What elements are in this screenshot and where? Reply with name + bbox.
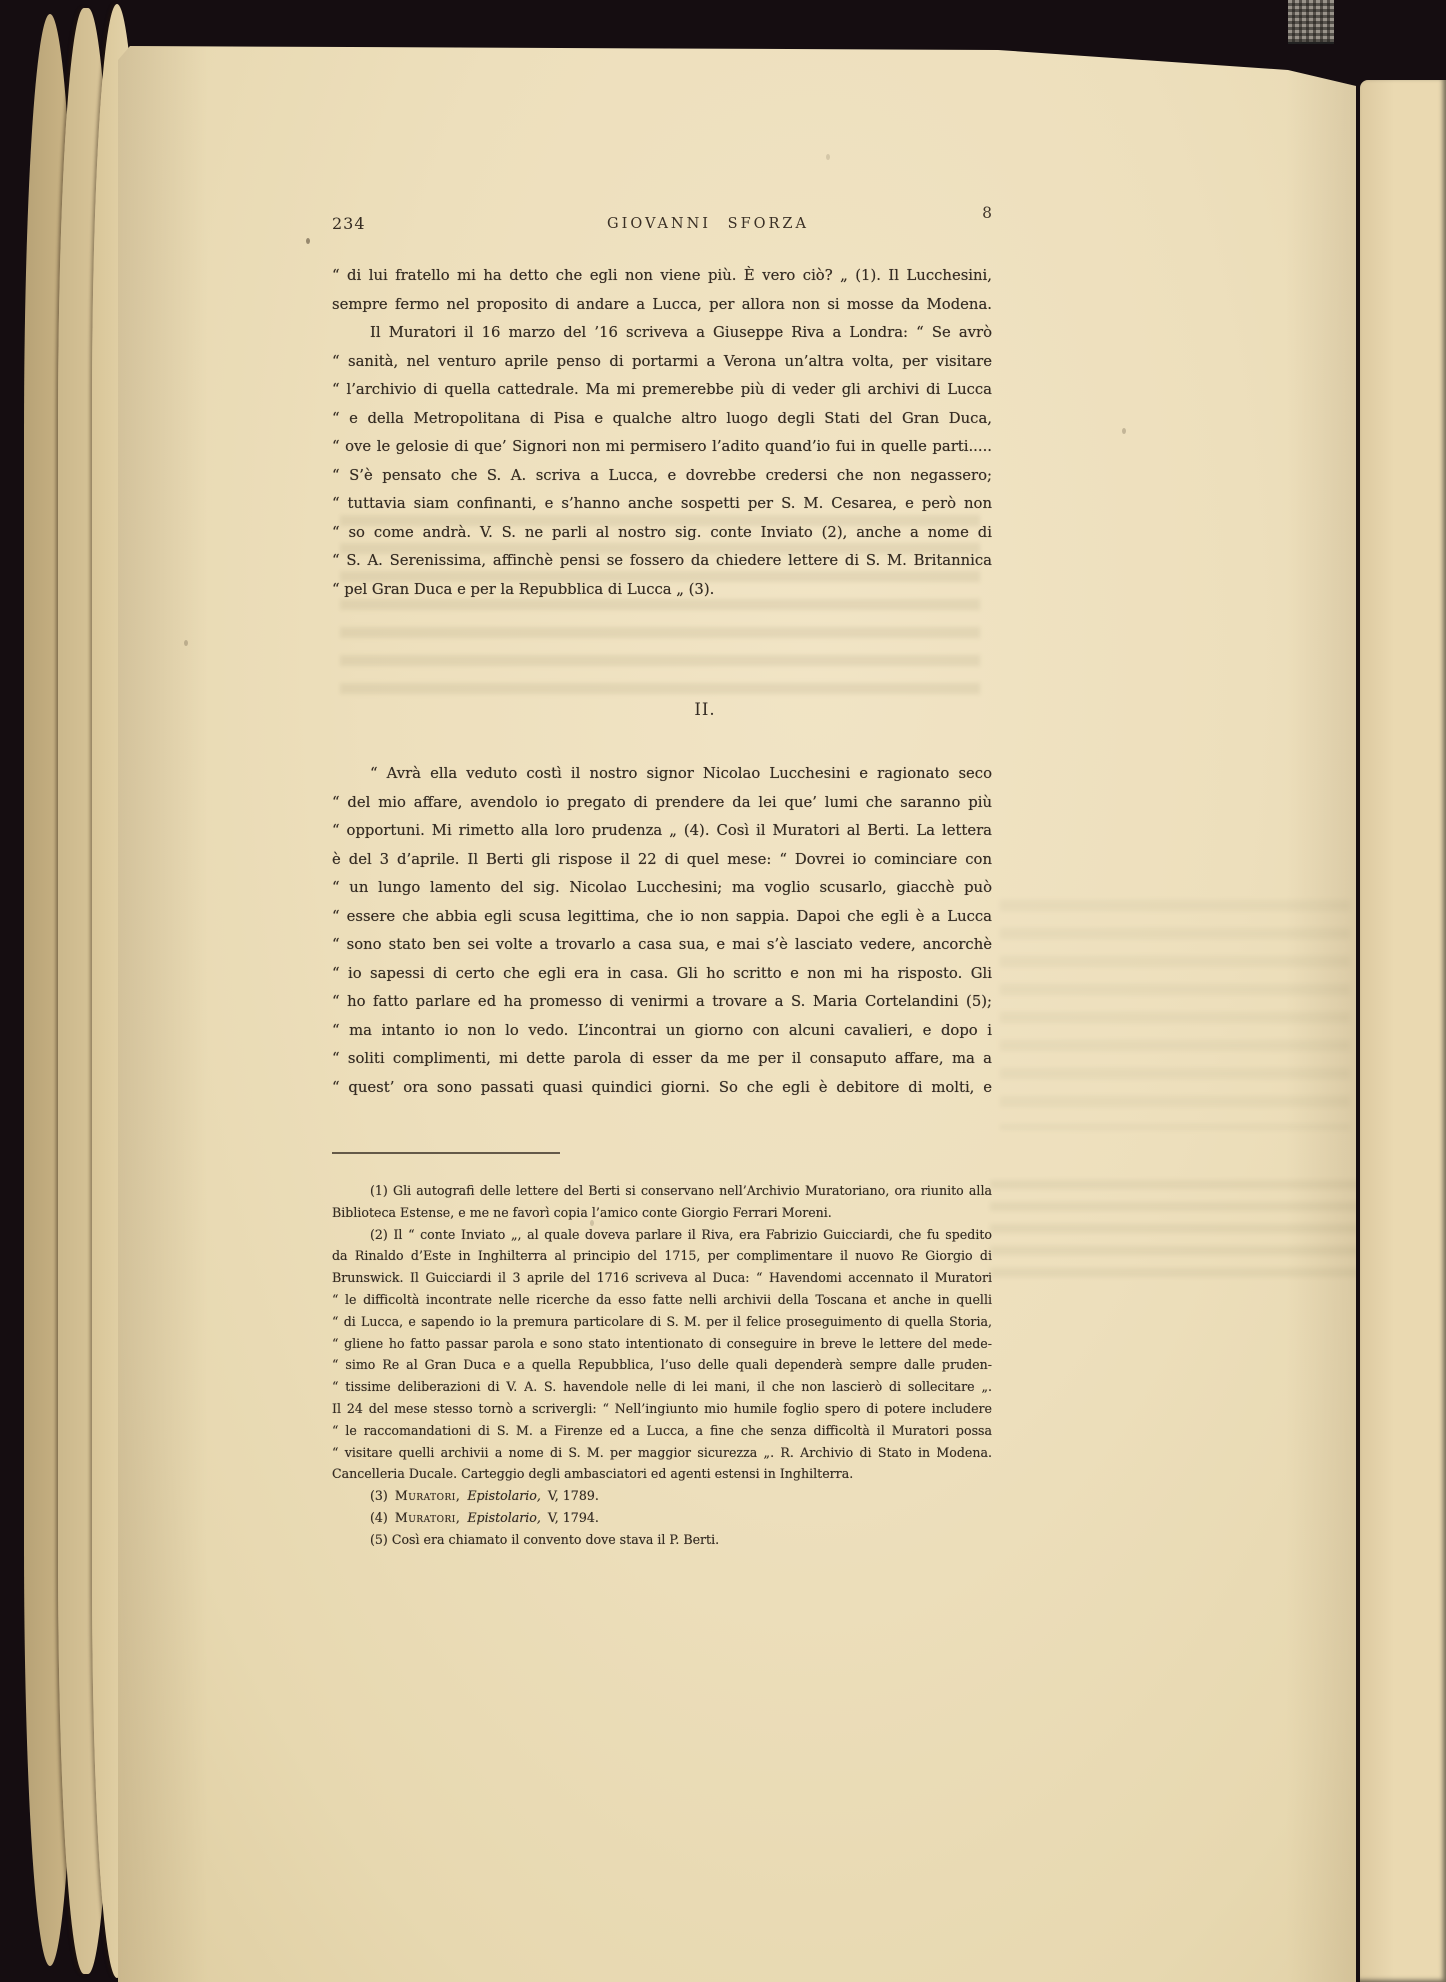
section-heading: II. xyxy=(332,700,992,719)
footnote-5: (5) Così era chiamato il convento dove s… xyxy=(332,1529,1030,1551)
text-line: “ tuttavia siam confinanti, e s’hanno an… xyxy=(332,490,992,519)
text-line: Il Muratori il 16 marzo del ’16 scriveva… xyxy=(332,319,992,348)
footnote-1: (1) Gli autografi delle lettere del Bert… xyxy=(332,1180,992,1224)
text-line: “ quest’ ora sono passati quasi quindici… xyxy=(332,1074,992,1103)
footnote-ref: V, 1789. xyxy=(548,1488,599,1503)
under-page xyxy=(1360,80,1446,1982)
text-line: “ l’archivio di quella cattedrale. Ma mi… xyxy=(332,376,992,405)
running-title: GIOVANNI SFORZA xyxy=(332,216,992,232)
text-line: “ un lungo lamento del sig. Nicolao Lucc… xyxy=(332,874,992,903)
text-line: “ ho fatto parlare ed ha promesso di ven… xyxy=(332,988,992,1017)
text-line: “ so come andrà. V. S. ne parli al nostr… xyxy=(332,519,992,548)
footnote-author: Muratori, xyxy=(395,1510,460,1525)
text-line: “ S. A. Serenissima, affinchè pensi se f… xyxy=(332,547,992,576)
text-line: “ S’è pensato che S. A. scriva a Lucca, … xyxy=(332,462,992,491)
footnote-line: Biblioteca Estense, e me ne favorì copia… xyxy=(332,1202,992,1224)
footnote-title: Epistolario, xyxy=(467,1510,541,1525)
footnote-title: Epistolario, xyxy=(467,1488,541,1503)
footnote-line: (2) Il “ conte Inviato „, al quale dovev… xyxy=(332,1224,992,1246)
footnote-marker: (4) xyxy=(370,1510,388,1525)
text-line: “ pel Gran Duca e per la Repubblica di L… xyxy=(332,576,992,605)
text-line: “ ove le gelosie di que’ Signori non mi … xyxy=(332,433,992,462)
footnote-line: Il 24 del mese stesso tornò a scrivergli… xyxy=(332,1398,992,1420)
text-line: “ essere che abbia egli scusa legittima,… xyxy=(332,903,992,932)
footnote-line: “ le raccomandationi di S. M. a Firenze … xyxy=(332,1420,992,1442)
footnote-line: “ gliene ho fatto passar parola e sono s… xyxy=(332,1333,992,1355)
footnote-ref: V, 1794. xyxy=(548,1510,599,1525)
text-line: “ Avrà ella veduto costì il nostro signo… xyxy=(332,760,992,789)
footnote-line: (1) Gli autografi delle lettere del Bert… xyxy=(332,1180,992,1202)
footnote-3: (3)Muratori,Epistolario,V, 1789. xyxy=(332,1485,1030,1507)
footnote-line: “ simo Re al Gran Duca e a quella Repubb… xyxy=(332,1354,992,1376)
text-line: “ e della Metropolitana di Pisa e qualch… xyxy=(332,405,992,434)
running-header: 234 GIOVANNI SFORZA 8 xyxy=(332,214,992,244)
footnote-marker: (3) xyxy=(370,1488,388,1503)
book-page: 234 GIOVANNI SFORZA 8 “ di lui fratello … xyxy=(118,26,1356,1982)
text-line: è del 3 d’aprile. Il Berti gli rispose i… xyxy=(332,846,992,875)
text-line: sempre fermo nel proposito di andare a L… xyxy=(332,291,992,320)
ink-showthrough xyxy=(990,1180,1370,1290)
footnote-line: “ di Lucca, e sapendo io la premura part… xyxy=(332,1311,992,1333)
footnote-line: “ visitare quelli archivii a nome di S. … xyxy=(332,1442,992,1464)
text-line: “ sono stato ben sei volte a trovarlo a … xyxy=(332,931,992,960)
ink-showthrough xyxy=(1000,900,1350,1130)
binding-cloth xyxy=(1288,0,1334,44)
text-line: “ io sapessi di certo che egli era in ca… xyxy=(332,960,992,989)
text-line: “ soliti complimenti, mi dette parola di… xyxy=(332,1045,992,1074)
text-line: “ sanità, nel venturo aprile penso di po… xyxy=(332,348,992,377)
page-number-right: 8 xyxy=(982,204,992,222)
footnote-line: “ tissime deliberazioni di V. A. S. have… xyxy=(332,1376,992,1398)
text-line: “ opportuni. Mi rimetto alla loro pruden… xyxy=(332,817,992,846)
footnote-line: da Rinaldo d’Este in Inghilterra al prin… xyxy=(332,1245,992,1267)
footnote-author: Muratori, xyxy=(395,1488,460,1503)
ink-speck xyxy=(306,238,310,244)
footnote-line: Cancelleria Ducale. Carteggio degli amba… xyxy=(332,1463,992,1485)
footnote-line: Brunswick. Il Guicciardi il 3 aprile del… xyxy=(332,1267,992,1289)
footnote-line: “ le difficoltà incontrate nelle ricerch… xyxy=(332,1289,992,1311)
footnote-4: (4)Muratori,Epistolario,V, 1794. xyxy=(332,1507,1030,1529)
footnote-separator xyxy=(332,1152,560,1154)
text-line: “ del mio affare, avendolo io pregato di… xyxy=(332,789,992,818)
text-line: “ ma intanto io non lo vedo. L’incontrai… xyxy=(332,1017,992,1046)
text-line: “ di lui fratello mi ha detto che egli n… xyxy=(332,262,992,291)
footnote-2: (2) Il “ conte Inviato „, al quale dovev… xyxy=(332,1224,992,1486)
footnotes: (1) Gli autografi delle lettere del Bert… xyxy=(332,1180,992,1551)
paragraph-1: “ di lui fratello mi ha detto che egli n… xyxy=(332,262,992,604)
paragraph-2: “ Avrà ella veduto costì il nostro signo… xyxy=(332,760,992,1102)
